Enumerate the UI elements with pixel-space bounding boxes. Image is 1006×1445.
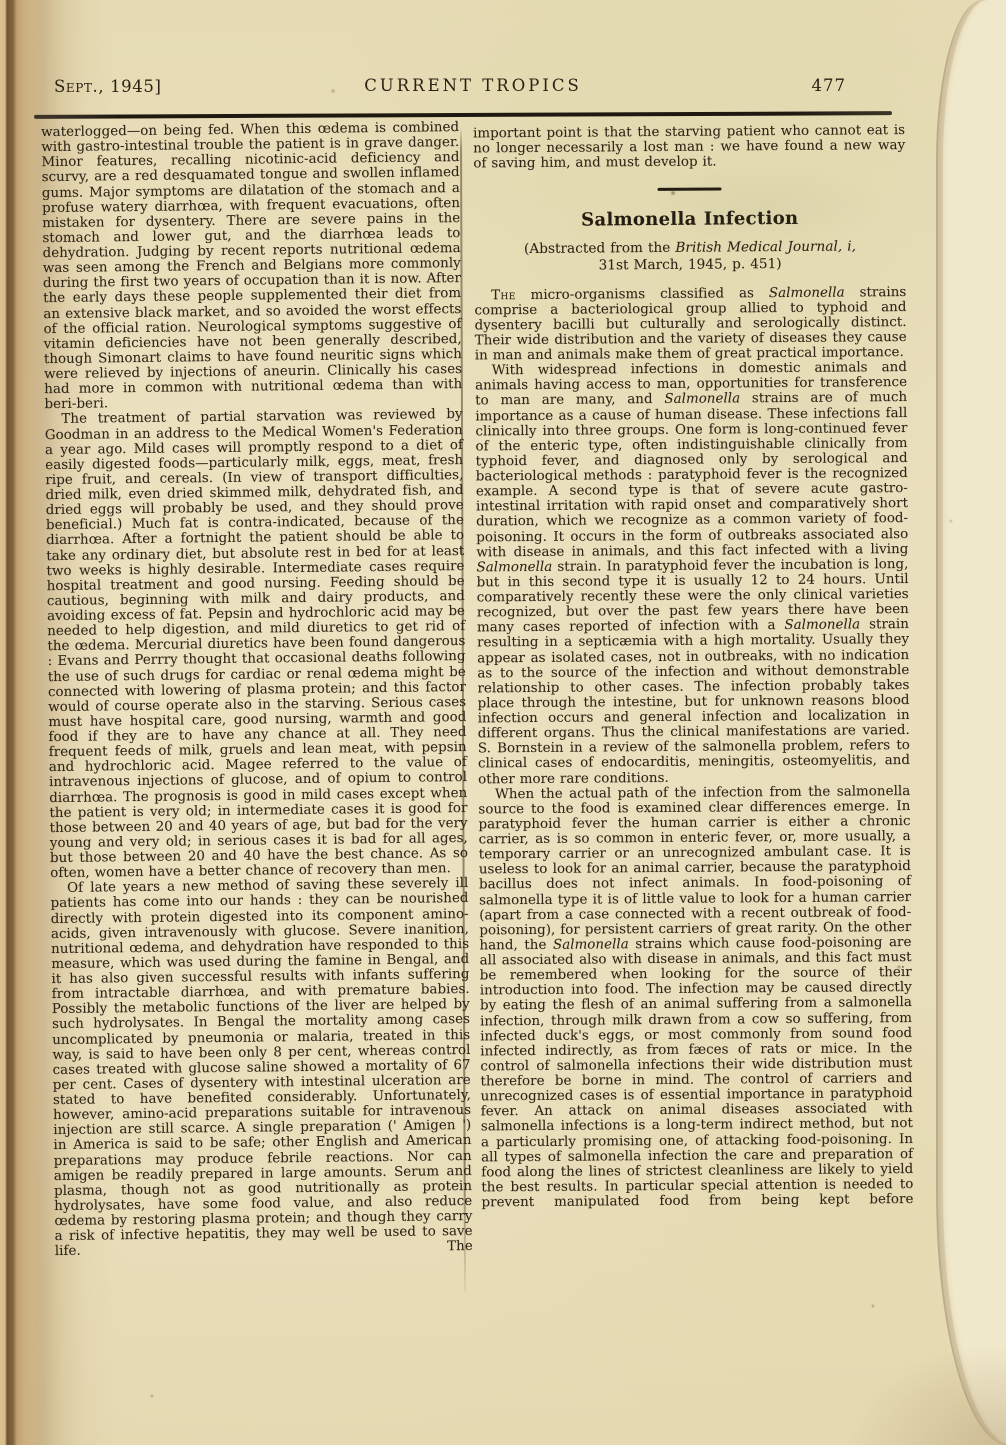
paragraph: waterlogged—on being fed. When this œdem… bbox=[41, 120, 462, 412]
left-column: waterlogged—on being fed. When this œdem… bbox=[41, 120, 473, 1259]
text-run: (Abstracted from the bbox=[524, 239, 675, 256]
smallcaps-text-run: The bbox=[491, 288, 516, 303]
page-right-edge bbox=[936, 0, 1006, 1445]
paragraph: The treatment of partial starvation was … bbox=[45, 407, 469, 881]
header-running-title: CURRENT TROPICS bbox=[40, 76, 906, 95]
text-run: strains which cause food-poisoning are a… bbox=[480, 935, 914, 1211]
article-title: Salmonella Infection bbox=[474, 210, 906, 229]
continuation-paragraph-block: important point is that the starving pat… bbox=[473, 123, 905, 172]
italic-text-run: Salmonella bbox=[553, 937, 629, 953]
paragraph: When the actual path of the infection fr… bbox=[478, 784, 913, 1211]
italic-text-run: Salmonella bbox=[476, 560, 552, 576]
text-run: strain resulting in a septicæmia with a … bbox=[477, 617, 910, 787]
italic-text-run: Salmonella bbox=[784, 618, 860, 634]
italic-text-run: Salmonella bbox=[769, 285, 845, 301]
text-run: waterlogged—on being fed. When this œdem… bbox=[41, 120, 462, 412]
paragraph: With widespread infections in domestic a… bbox=[475, 360, 910, 787]
text-run: important point is that the starving pat… bbox=[473, 123, 905, 172]
paragraph: important point is that the starving pat… bbox=[473, 123, 905, 172]
section-divider-rule bbox=[658, 188, 722, 192]
article-source: (Abstracted from the British Medical Jou… bbox=[474, 237, 906, 274]
article-source-line-2: 31st March, 1945, p. 451) bbox=[474, 254, 906, 274]
italic-text-run: Salmonella bbox=[664, 392, 740, 408]
article-source-line-1: (Abstracted from the British Medical Jou… bbox=[474, 237, 906, 257]
header-page-number: 477 bbox=[812, 76, 847, 95]
header-rule bbox=[34, 111, 892, 119]
paragraph: The micro-organisms classified as Salmon… bbox=[474, 284, 907, 363]
text-run: The treatment of partial starvation was … bbox=[45, 407, 468, 881]
text-run: strains are of much importance as a caus… bbox=[475, 390, 908, 560]
text-run: 31st March, 1945, p. 451) bbox=[598, 255, 781, 272]
journal-page: Sept., 1945] CURRENT TROPICS 477 waterlo… bbox=[0, 0, 1006, 1445]
right-column: important point is that the starving pat… bbox=[473, 123, 914, 1210]
text-run: Of late years a new method of saving the… bbox=[50, 876, 472, 1259]
page-corner-curl bbox=[786, 1275, 1006, 1445]
article-body: The micro-organisms classified as Salmon… bbox=[474, 284, 913, 1210]
page-header: Sept., 1945] CURRENT TROPICS 477 bbox=[40, 76, 906, 102]
text-run: When the actual path of the infection fr… bbox=[478, 784, 911, 954]
italic-text-run: British Medical Journal, i, bbox=[675, 238, 856, 255]
paragraph: Of late years a new method of saving the… bbox=[50, 876, 473, 1259]
